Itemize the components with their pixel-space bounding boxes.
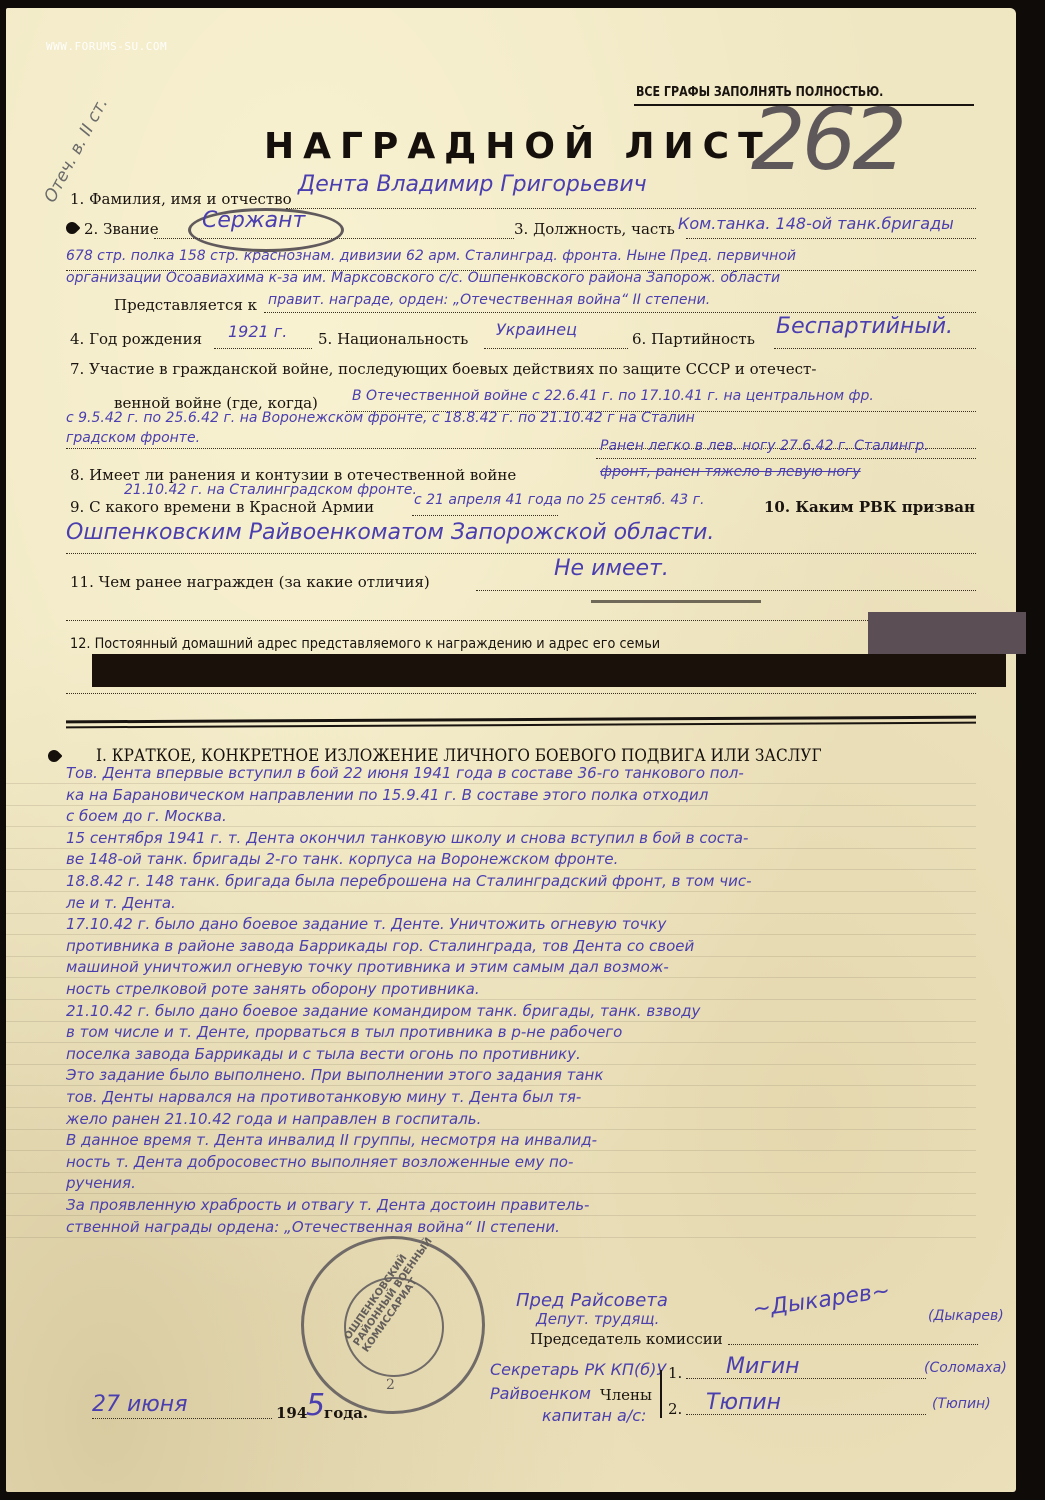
field-9-line	[412, 515, 558, 516]
bullet-icon	[64, 220, 81, 237]
field-6-value: Беспартийный.	[776, 314, 953, 339]
sheet-number: 262	[751, 90, 903, 190]
narrative-line: ве 148-ой танк. бригады 2-го танк. корпу…	[66, 850, 1036, 868]
member-2-number: 2.	[668, 1400, 682, 1418]
field-1-value: Дента Владимир Григорьевич	[298, 172, 647, 197]
ruled-line	[6, 934, 976, 935]
ruled-line	[6, 783, 976, 784]
narrative-line: За проявленную храбрость и отвагу т. Ден…	[66, 1196, 1036, 1214]
field-2-value: Сержант	[202, 208, 305, 233]
field-3-label: 3. Должность, часть	[514, 220, 675, 238]
field-3-line	[686, 238, 976, 239]
field-11-line	[476, 590, 976, 591]
field-7-label-1: 7. Участие в гражданской войне, последую…	[70, 360, 816, 378]
ruled-line	[6, 1085, 976, 1086]
field-12-line	[66, 693, 976, 694]
ruled-line	[6, 1215, 976, 1216]
member-2-signature: Тюпин	[706, 1390, 781, 1415]
field-5-line	[484, 348, 628, 349]
field-12-label: 12. Постоянный домашний адрес представля…	[70, 636, 660, 652]
ruled-line	[6, 1150, 976, 1151]
member-1-line	[686, 1378, 926, 1379]
stamp-number: 2	[386, 1377, 395, 1393]
narrative-line: Тов. Дента впервые вступил в бой 22 июня…	[66, 764, 1036, 782]
narrative-line: тов. Денты нарвался на противотанковую м…	[66, 1088, 1036, 1106]
member-note-1: Секретарь РК КП(б)У	[490, 1360, 666, 1379]
member-1-number: 1.	[668, 1364, 682, 1382]
official-stamp: ОШПЕНКОВСКИЙ РАЙОННЫЙ ВОЕННЫЙ КОМИССАРИА…	[301, 1236, 485, 1414]
ruled-line	[6, 977, 976, 978]
field-10-label: 10. Каким РВК призван	[764, 498, 975, 516]
member-2-name: (Тюпин)	[932, 1396, 991, 1412]
ruled-line	[6, 999, 976, 1000]
chairman-note-1: Пред Райсовета	[516, 1290, 668, 1311]
field-8-value-2: фронт, ранен тяжело в левую ногу	[600, 464, 861, 480]
narrative-line: ность т. Дента добросовестно выполняет в…	[66, 1153, 1036, 1171]
field-8-value-3: 21.10.42 г. на Сталинградском фронте.	[124, 482, 417, 498]
ruled-line	[6, 1064, 976, 1065]
date-year-prefix: 194	[276, 1404, 307, 1422]
narrative-line: противника в районе завода Баррикады гор…	[66, 937, 1036, 955]
ruled-line	[6, 1021, 976, 1022]
field-8-value-1: Ранен легко в лев. ногу 27.6.42 г. Стали…	[600, 438, 929, 454]
field-4-line	[214, 348, 312, 349]
field-6-line	[774, 348, 976, 349]
members-label: Члены	[600, 1386, 652, 1404]
member-note-3: капитан а/с:	[542, 1406, 646, 1425]
narrative-line: ность стрелковой роте занять оборону про…	[66, 980, 1036, 998]
narrative-line: В данное время т. Дента инвалид II групп…	[66, 1131, 1036, 1149]
ruled-line	[6, 1237, 976, 1238]
ruled-line	[6, 1193, 976, 1194]
field-4-value: 1921 г.	[228, 322, 287, 341]
field-7-value-3: градском фронте.	[66, 430, 200, 446]
ruled-line	[6, 956, 976, 957]
ruled-line	[6, 848, 976, 849]
member-1-name: (Соломаха)	[924, 1360, 1007, 1376]
field-7-value-2: с 9.5.42 г. по 25.6.42 г. на Воронежском…	[66, 410, 695, 426]
narrative-line: Это задание было выполнено. При выполнен…	[66, 1066, 1036, 1084]
narrative-line: 17.10.42 г. было дано боевое задание т. …	[66, 915, 1036, 933]
field-1-line	[286, 208, 976, 209]
field-8-line-top	[596, 458, 976, 459]
ruled-line	[6, 869, 976, 870]
chairman-label: Председатель комиссии	[530, 1330, 723, 1348]
narrative-line: ка на Барановическом направлении по 15.9…	[66, 786, 1036, 804]
ruled-line	[6, 891, 976, 892]
narrative-line: в том числе и т. Денте, прорваться в тыл…	[66, 1023, 1036, 1041]
field-5-value: Украинец	[496, 320, 577, 339]
field-2-label: 2. Звание	[84, 220, 159, 238]
ruled-line	[6, 1042, 976, 1043]
field-7-value-1: В Отечественной войне с 22.6.41 г. по 17…	[352, 388, 874, 404]
narrative-line: машиной уничтожил огневую точку противни…	[66, 958, 1036, 976]
field-6-label: 6. Партийность	[632, 330, 755, 348]
ruled-line	[6, 826, 976, 827]
field-11-line-2	[66, 620, 976, 621]
field-10-line	[66, 553, 976, 554]
field-3-continuation-1: 678 стр. полка 158 стр. краснознам. диви…	[66, 248, 796, 264]
presented-label: Представляется к	[114, 296, 257, 314]
presented-value: правит. награде, орден: „Отечественная в…	[268, 292, 710, 308]
narrative-line: с боем до г. Москва.	[66, 807, 1036, 825]
members-bracket	[660, 1370, 662, 1418]
ruled-line	[6, 1107, 976, 1108]
chairman-note-2: Депут. трудящ.	[536, 1310, 659, 1328]
redaction-bar	[92, 654, 1006, 687]
field-9-label: 9. С какого времени в Красной Армии	[70, 498, 374, 516]
field-11-strike	[591, 600, 761, 603]
field-3-value: Ком.танка. 148-ой танк.бригады	[678, 214, 954, 233]
section-title: I. КРАТКОЕ, КОНКРЕТНОЕ ИЗЛОЖЕНИЕ ЛИЧНОГО…	[96, 746, 822, 766]
narrative-line: поселка завода Баррикады и с тыла вести …	[66, 1045, 1036, 1063]
date-line	[92, 1418, 272, 1419]
bullet-icon	[46, 748, 63, 765]
ruled-line	[6, 913, 976, 914]
ruled-line	[6, 1172, 976, 1173]
field-11-value: Не имеет.	[554, 556, 669, 581]
field-10-value: Ошпенковским Райвоенкоматом Запорожской …	[66, 520, 714, 545]
watermark: WWW.FORUMS-SU.COM	[46, 40, 167, 53]
date-suffix: года.	[324, 1404, 368, 1422]
field-9-value: с 21 апреля 41 года по 25 сентяб. 43 г.	[414, 492, 704, 508]
narrative-line: 15 сентября 1941 г. т. Дента окончил тан…	[66, 829, 1036, 847]
member-note-2: Райвоенком	[490, 1384, 591, 1403]
ruled-line	[6, 1129, 976, 1130]
date-year-digit: 5	[306, 1388, 325, 1423]
narrative-line: 18.8.42 г. 148 танк. бригада была перебр…	[66, 872, 1036, 890]
field-3-continuation-2: организации Осоавиахима к-за им. Марксов…	[66, 270, 780, 286]
field-1-label: 1. Фамилия, имя и отчество	[70, 190, 292, 208]
narrative-line: ле и т. Дента.	[66, 894, 1036, 912]
date-day-month: 27 июня	[92, 1392, 187, 1417]
chairman-name: (Дыкарев)	[928, 1308, 1004, 1324]
award-sheet-paper: WWW.FORUMS-SU.COM Отеч. в. II ст. ВСЕ ГР…	[6, 8, 1016, 1492]
ruled-line	[6, 805, 976, 806]
redaction-block	[868, 612, 1026, 654]
field-4-label: 4. Год рождения	[70, 330, 202, 348]
member-1-signature: Мигин	[726, 1354, 800, 1379]
narrative-line: ручения.	[66, 1174, 1036, 1192]
chairman-signature: ~Дыкарев~	[751, 1278, 892, 1322]
document-title: НАГРАДНОЙ ЛИСТ	[264, 126, 772, 167]
narrative-line: 21.10.42 г. было дано боевое задание ком…	[66, 1002, 1036, 1020]
chairman-line	[728, 1344, 978, 1345]
narrative-line: ственной награды ордена: „Отечественная …	[66, 1218, 1036, 1236]
field-5-label: 5. Национальность	[318, 330, 468, 348]
narrative-line: жело ранен 21.10.42 года и направлен в г…	[66, 1110, 1036, 1128]
presented-line	[264, 312, 976, 313]
field-11-label: 11. Чем ранее награжден (за какие отличи…	[70, 573, 430, 591]
